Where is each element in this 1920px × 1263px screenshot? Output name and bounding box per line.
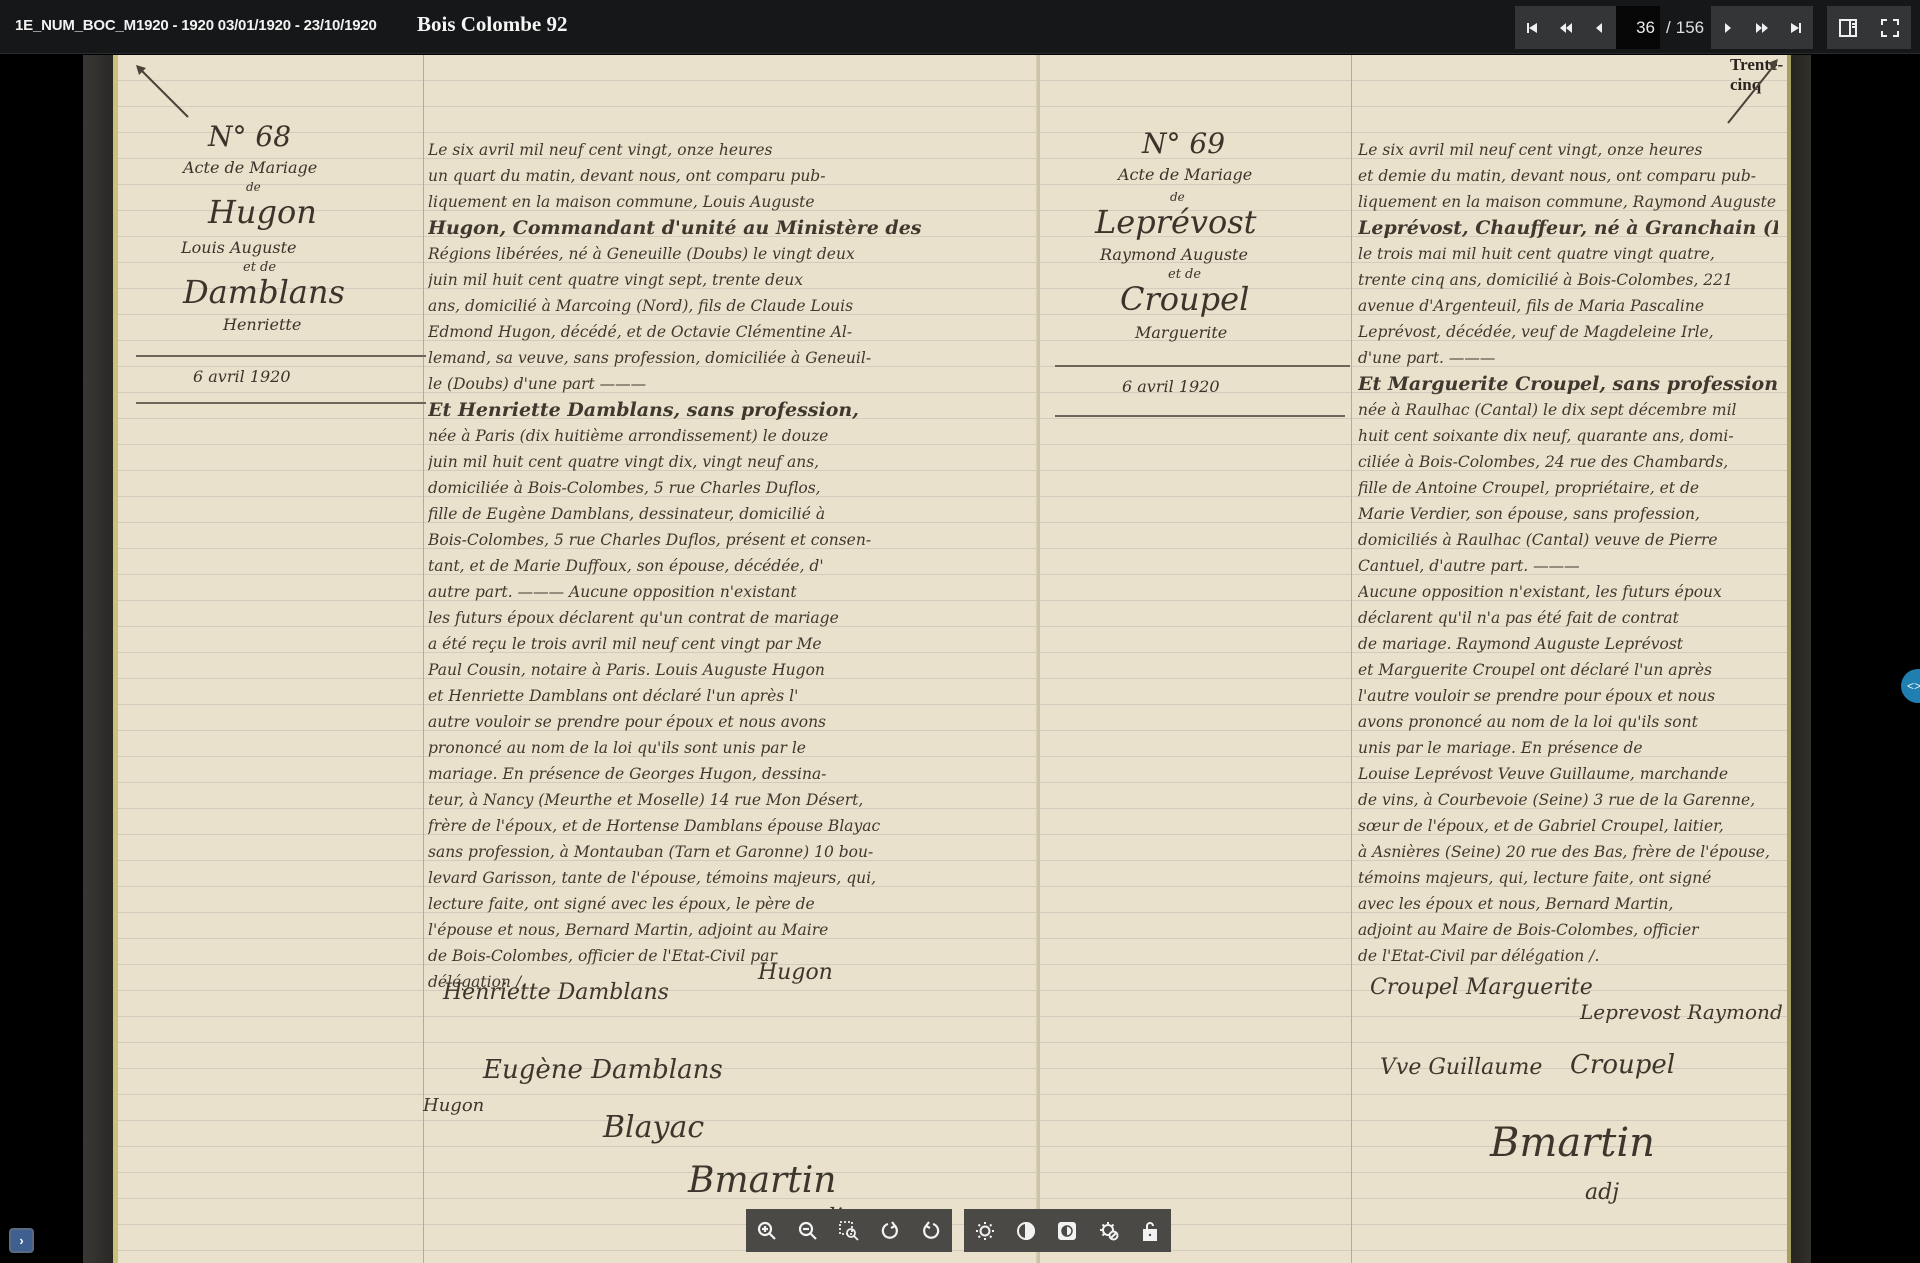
- previous-page-button[interactable]: [1582, 6, 1616, 49]
- caret-right-icon: [1724, 22, 1732, 34]
- left-page: N° 68 Acte de Mariage de Hugon Louis Aug…: [113, 55, 1039, 1263]
- zoom-out-icon: [798, 1221, 818, 1241]
- fast-rewind-icon: [1559, 22, 1573, 34]
- divider: [1055, 365, 1350, 367]
- rotate-clockwise-button[interactable]: [872, 1213, 908, 1249]
- signature: Hugon: [423, 1095, 484, 1116]
- divider: [136, 402, 426, 404]
- act-type: Acte de Mariage: [1118, 165, 1252, 184]
- current-page-input[interactable]: 36: [1616, 6, 1660, 49]
- register-scan: N° 68 Acte de Mariage de Hugon Louis Aug…: [83, 55, 1811, 1263]
- bride-given-name: Henriette: [223, 315, 301, 334]
- zoom-in-icon: [757, 1221, 777, 1241]
- top-bar: 1E_NUM_BOC_M1920 - 1920 03/01/1920 - 23/…: [0, 0, 1920, 54]
- signature: adj: [1585, 1180, 1619, 1205]
- panel-layout-icon: [1839, 19, 1857, 37]
- act-68-text: Le six avril mil neuf cent vingt, onze h…: [428, 137, 948, 995]
- rotate-left-icon: [921, 1221, 941, 1241]
- contrast-icon: [1016, 1221, 1036, 1241]
- book-cover-left: [83, 55, 113, 1263]
- total-pages: 156: [1676, 18, 1704, 38]
- last-page-button[interactable]: [1779, 6, 1813, 49]
- contrast-button[interactable]: [1008, 1213, 1044, 1249]
- bride-given-name: Marguerite: [1135, 323, 1227, 342]
- next-page-button[interactable]: [1711, 6, 1745, 49]
- previous-10-pages-button[interactable]: [1549, 6, 1583, 49]
- rotate-right-icon: [880, 1221, 900, 1241]
- reset-adjustments-button[interactable]: [1091, 1213, 1127, 1249]
- bride-surname: Croupel: [1120, 280, 1249, 318]
- invert-colors-button[interactable]: [1049, 1213, 1085, 1249]
- fullscreen-button[interactable]: [1869, 6, 1911, 49]
- pagination-back-group: [1515, 6, 1616, 49]
- document-title: Bois Colombe 92: [417, 12, 568, 37]
- signature: Henriette Damblans: [443, 980, 669, 1005]
- settings-reset-icon: [1099, 1221, 1119, 1241]
- act-type: Acte de Mariage: [183, 158, 317, 177]
- page-separator: /: [1666, 18, 1671, 38]
- rotate-counterclockwise-button[interactable]: [913, 1213, 949, 1249]
- signature: Croupel: [1570, 1050, 1675, 1080]
- caret-left-icon: [1595, 22, 1603, 34]
- invert-icon: [1057, 1221, 1077, 1241]
- next-10-pages-button[interactable]: [1745, 6, 1779, 49]
- signature: Croupel Marguerite: [1370, 975, 1593, 1000]
- compare-panel-tab[interactable]: <>: [1901, 669, 1920, 703]
- act-de: de: [1170, 190, 1185, 204]
- act-date: 6 avril 1920: [193, 367, 291, 386]
- pagination-forward-group: [1711, 6, 1813, 49]
- brightness-button[interactable]: [967, 1213, 1003, 1249]
- act-number: N° 68: [208, 120, 291, 153]
- zoom-in-button[interactable]: [749, 1213, 785, 1249]
- signature: Eugène Damblans: [483, 1055, 723, 1085]
- signature: Leprevost Raymond: [1580, 1000, 1783, 1024]
- fullscreen-icon: [1881, 19, 1899, 37]
- lock-button[interactable]: [1132, 1213, 1168, 1249]
- bride-surname: Damblans: [183, 273, 345, 311]
- arrow-mark-icon: [136, 65, 196, 125]
- divider: [1055, 415, 1345, 417]
- skip-first-icon: [1526, 22, 1538, 34]
- groom-given-names: Raymond Auguste: [1100, 245, 1248, 264]
- brightness-icon: [975, 1221, 995, 1241]
- toggle-panel-button[interactable]: [1827, 6, 1869, 49]
- image-viewer[interactable]: N° 68 Acte de Mariage de Hugon Louis Aug…: [0, 55, 1920, 1263]
- zoom-out-button[interactable]: [790, 1213, 826, 1249]
- fast-forward-icon: [1755, 22, 1769, 34]
- act-69-text: Le six avril mil neuf cent vingt, onze h…: [1358, 137, 1778, 969]
- signature: Hugon: [758, 960, 833, 985]
- right-page: Trente-cinq N° 69 Acte de Mariage de Lep…: [1040, 55, 1791, 1263]
- view-controls: [1827, 6, 1911, 49]
- groom-surname: Hugon: [208, 193, 317, 231]
- zoom-area-icon: [839, 1221, 859, 1241]
- zoom-selection-button[interactable]: [831, 1213, 867, 1249]
- skip-last-icon: [1790, 22, 1802, 34]
- signature: Blayac: [603, 1110, 704, 1145]
- margin-line: [423, 55, 424, 1263]
- signature: Bmartin: [1490, 1120, 1655, 1166]
- book-cover-right: [1791, 55, 1811, 1263]
- groom-surname: Leprévost: [1095, 203, 1257, 241]
- page-counter: 36 / 156: [1616, 6, 1711, 49]
- document-reference: 1E_NUM_BOC_M1920 - 1920 03/01/1920 - 23/…: [15, 17, 377, 34]
- image-adjust-toolbar: [964, 1209, 1171, 1252]
- signature: Bmartin: [688, 1160, 836, 1201]
- arrow-mark-icon: [1720, 59, 1780, 129]
- act-number: N° 69: [1142, 127, 1225, 160]
- first-page-button[interactable]: [1515, 6, 1549, 49]
- act-de: de: [246, 180, 261, 194]
- side-panel-toggle[interactable]: ›: [9, 1228, 34, 1253]
- zoom-rotate-toolbar: [746, 1209, 952, 1252]
- divider: [136, 355, 426, 357]
- signature: Vve Guillaume: [1380, 1055, 1542, 1080]
- unlock-icon: [1140, 1221, 1160, 1241]
- margin-line: [1351, 55, 1352, 1263]
- groom-given-names: Louis Auguste: [181, 238, 297, 257]
- act-date: 6 avril 1920: [1122, 377, 1220, 396]
